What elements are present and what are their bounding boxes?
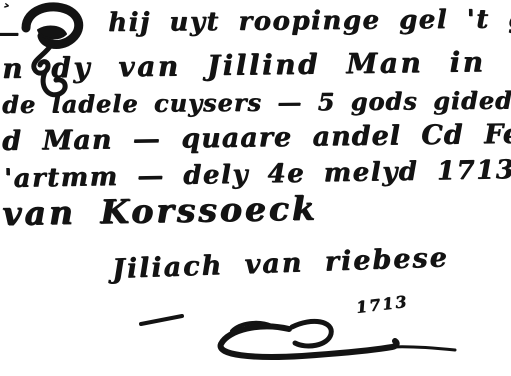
manuscript-line-4: d Man — quaare andel Cd Feillia O. [2,117,511,157]
manuscript-line-1: hij uyt roopinge gel 't gethel [108,4,511,38]
manuscript-line-3: de ladele cuysers — 5 gods gidedenden a [2,85,511,119]
signature-name: Jiliach van riebese [111,242,449,285]
corner-pen-mark: ˃ [1,1,11,20]
manuscript-line-2: n dy van Jillind Man in den g: [2,43,511,85]
signature-year: 1713 [355,292,409,317]
margin-dash-mark: — [0,20,19,46]
signature-flourish-stroke [221,321,455,357]
manuscript-line-6-name: van Korssoeck [2,188,318,233]
manuscript-line-5: 'artmm — dely 4e melyd 1713 [4,155,511,194]
pen-dash-stroke [141,316,182,324]
manuscript-page: ˃ — hij uyt roopinge gel 't gethel n dy … [0,0,511,376]
